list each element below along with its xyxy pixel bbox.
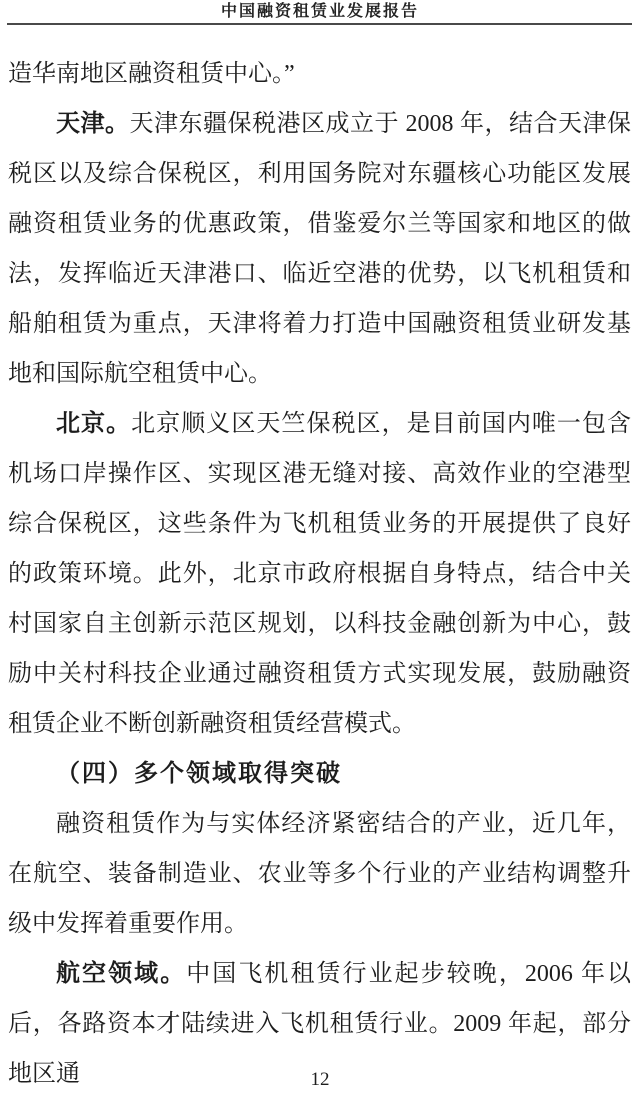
page-body: 造华南地区融资租赁中心。” 天津。天津东疆保税港区成立于 2008 年，结合天津… [0,25,640,1099]
paragraph-text: 造华南地区融资租赁中心。” [8,61,295,87]
paragraph-text: 北京顺义区天竺保税区，是目前国内唯一包含机场口岸操作区、实现区港无缝对接、高效作… [8,411,631,737]
section-heading-4: （四）多个领域取得突破 [8,749,631,799]
paragraph-lead-aviation: 航空领域。 [56,961,186,987]
paragraph-tianjin: 天津。天津东疆保税港区成立于 2008 年，结合天津保税区以及综合保税区，利用国… [8,99,631,399]
paragraph-text: 融资租赁作为与实体经济紧密结合的产业，近几年，在航空、装备制造业、农业等多个行业… [8,811,631,937]
paragraph-text: 天津东疆保税港区成立于 2008 年，结合天津保税区以及综合保税区，利用国务院对… [8,111,631,387]
paragraph-continuation: 造华南地区融资租赁中心。” [8,49,631,99]
page-header: 中国融资租赁业发展报告 [0,0,640,25]
paragraph-lead-tianjin: 天津。 [56,111,130,137]
paragraph-section4-intro: 融资租赁作为与实体经济紧密结合的产业，近几年，在航空、装备制造业、农业等多个行业… [8,799,631,949]
running-header-title: 中国融资租赁业发展报告 [0,3,640,21]
page-footer: 12 [0,1069,640,1091]
paragraph-beijing: 北京。北京顺义区天竺保税区，是目前国内唯一包含机场口岸操作区、实现区港无缝对接、… [8,399,631,749]
document-page: 中国融资租赁业发展报告 造华南地区融资租赁中心。” 天津。天津东疆保税港区成立于… [0,0,640,1111]
page-number: 12 [0,1069,640,1091]
paragraph-lead-beijing: 北京。 [56,411,131,437]
